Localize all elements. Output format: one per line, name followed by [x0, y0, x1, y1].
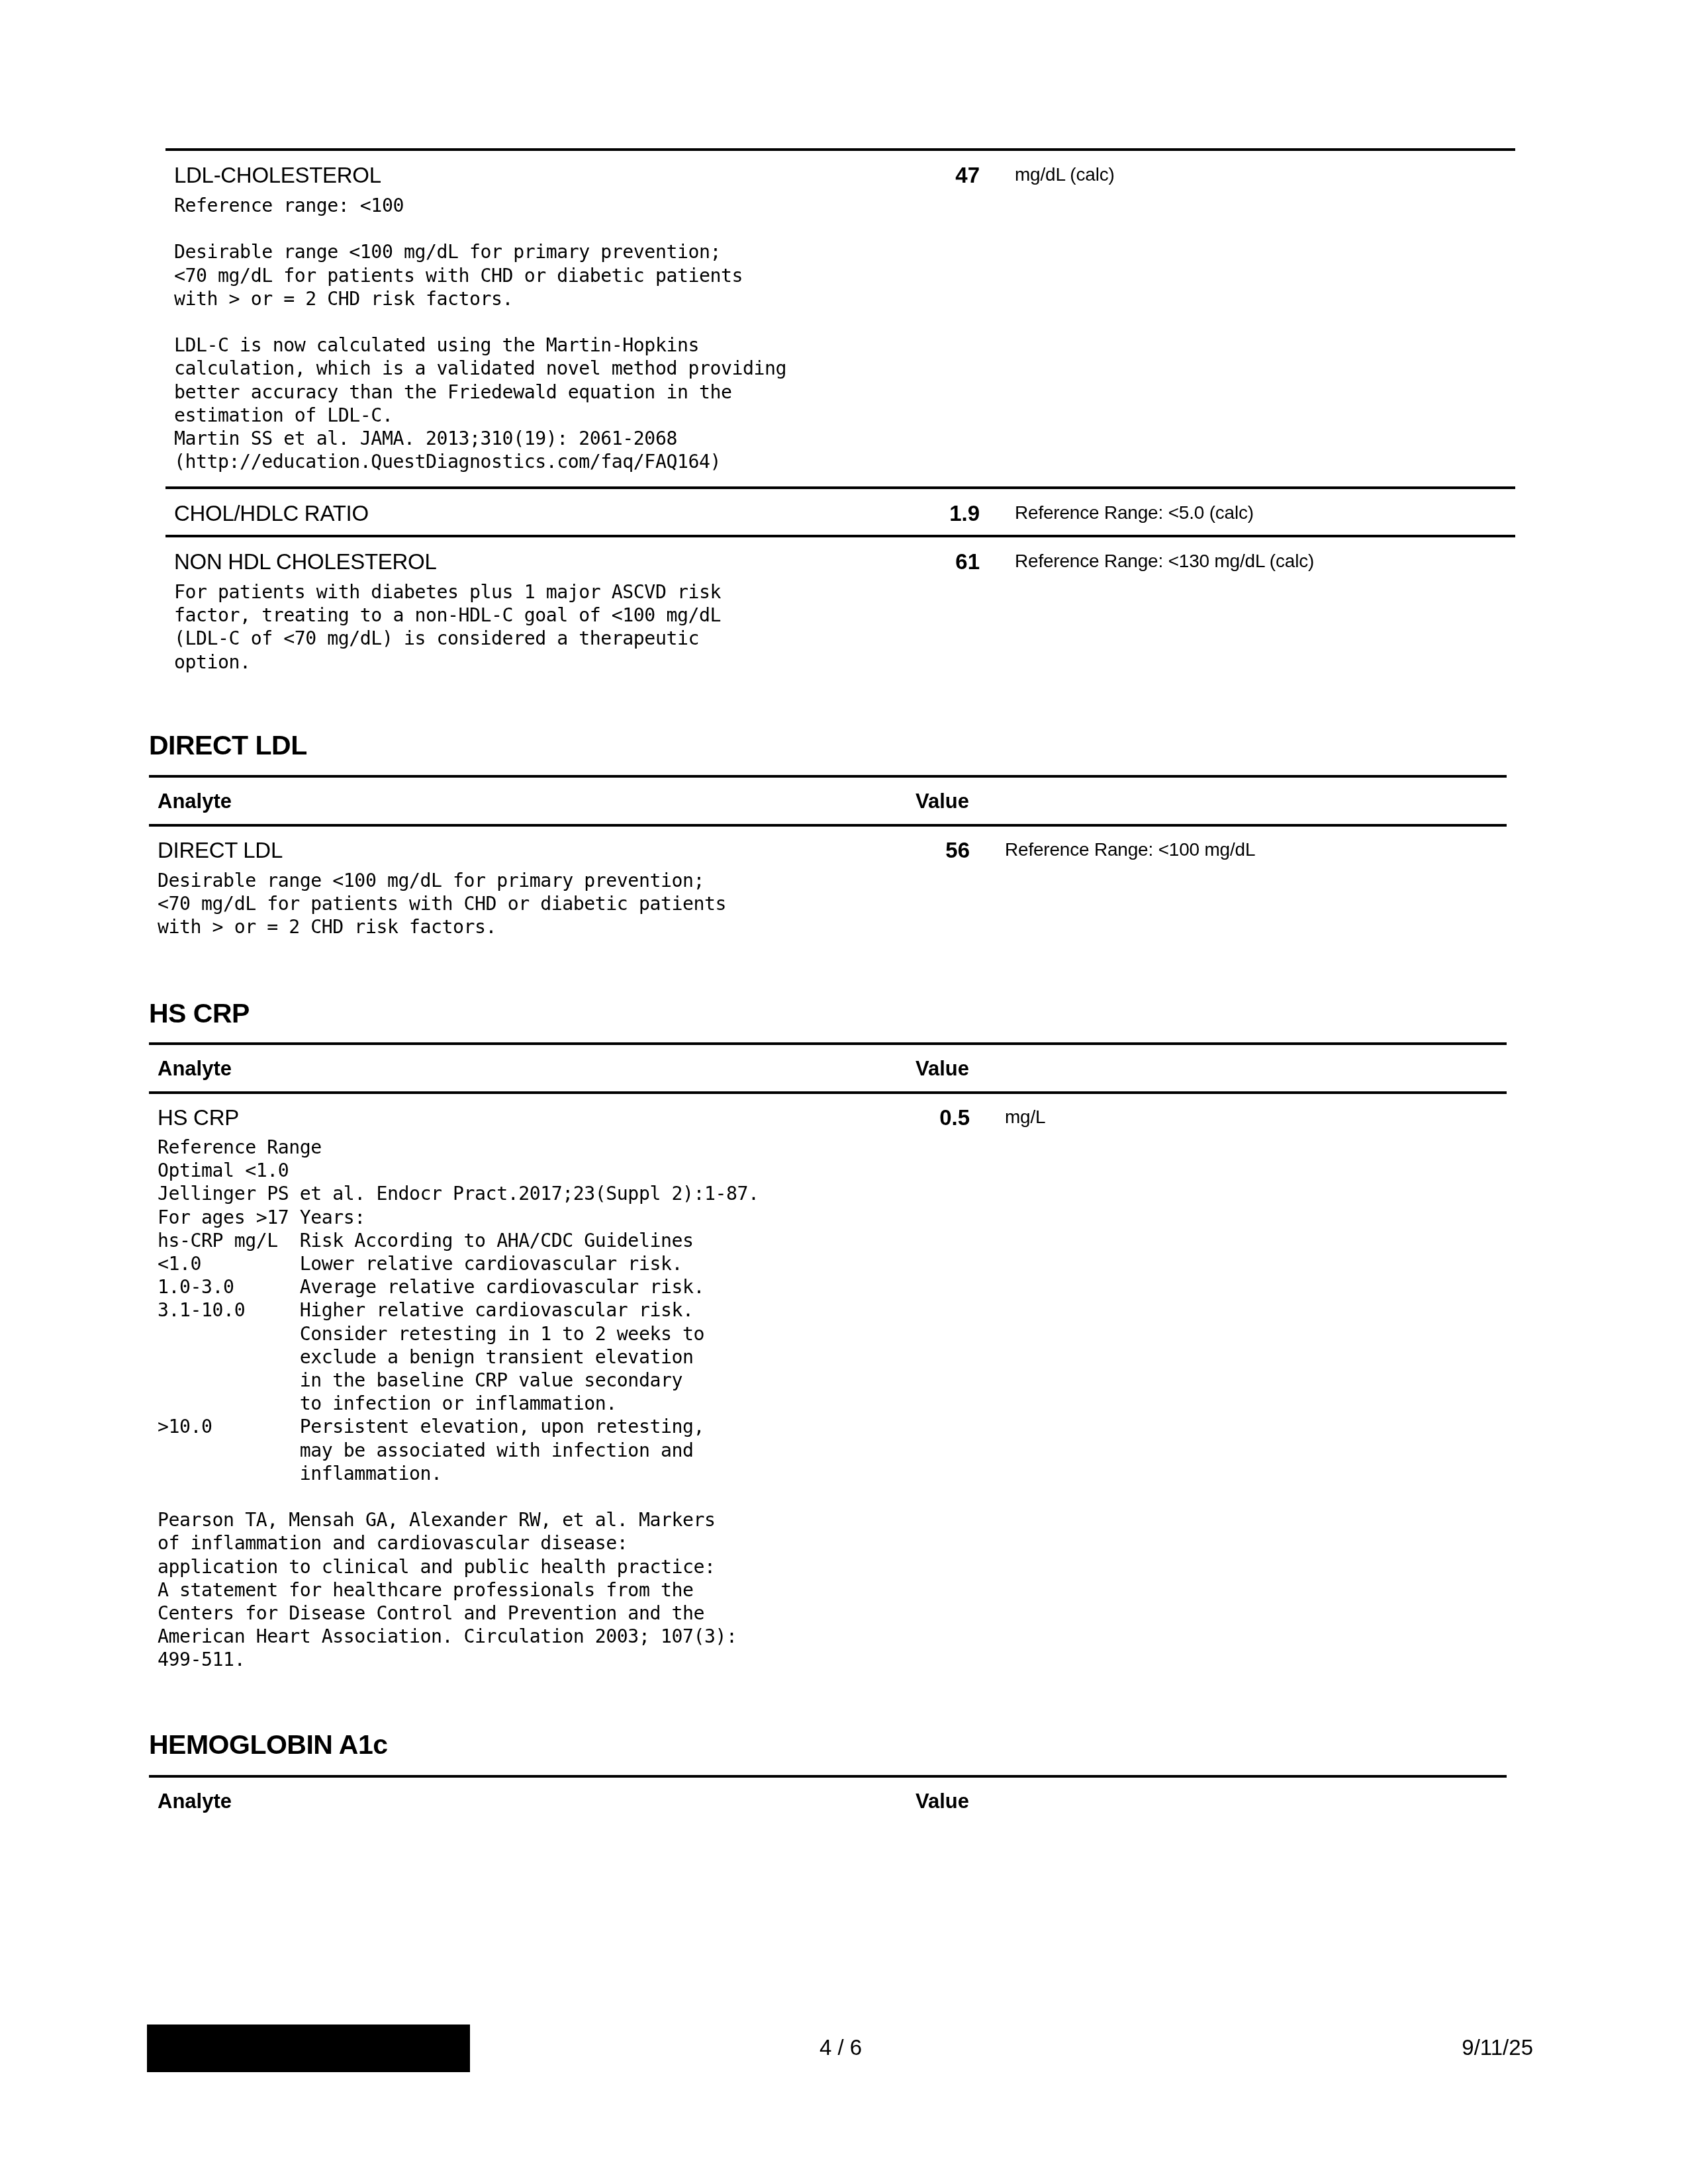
table-row: CHOL/HDLC RATIO 1.9 Reference Range: <5.…: [165, 489, 1515, 535]
table-header: Analyte Value: [149, 1045, 1507, 1091]
table-row: LDL-CHOLESTEROL 47 mg/dL (calc) Referenc…: [165, 151, 1515, 486]
analyte-name: CHOL/HDLC RATIO: [174, 501, 369, 526]
hemoglobin-a1c-table: Analyte Value: [149, 1775, 1507, 1824]
table-header: Analyte Value: [149, 1778, 1507, 1824]
page-number: 4 / 6: [820, 2035, 862, 2060]
analyte-name: HS CRP: [158, 1105, 239, 1130]
analyte-note: For patients with diabetes plus 1 major …: [174, 580, 721, 674]
table-row: HS CRP 0.5 mg/L Reference Range Optimal …: [149, 1094, 1507, 1676]
result-range: Reference Range: <100 mg/dL: [1005, 839, 1255, 860]
result-range: Reference Range: <5.0 (calc): [1015, 502, 1254, 523]
section-title-hemoglobin-a1c: HEMOGLOBIN A1c: [149, 1729, 388, 1760]
column-header-value: Value: [915, 1057, 969, 1081]
lipid-panel-table: LDL-CHOLESTEROL 47 mg/dL (calc) Referenc…: [165, 148, 1515, 690]
column-header-analyte: Analyte: [158, 1057, 232, 1081]
column-header-value: Value: [915, 790, 969, 813]
result-value: 1.9: [900, 501, 980, 526]
analyte-note: Desirable range <100 mg/dL for primary p…: [158, 869, 726, 939]
section-title-direct-ldl: DIRECT LDL: [149, 730, 307, 761]
redacted-block: [147, 2025, 470, 2072]
result-value: 61: [900, 549, 980, 574]
direct-ldl-table: Analyte Value DIRECT LDL 56 Reference Ra…: [149, 775, 1507, 946]
table-row: NON HDL CHOLESTEROL 61 Reference Range: …: [165, 537, 1515, 690]
result-value: 56: [890, 838, 970, 863]
result-range: Reference Range: <130 mg/dL (calc): [1015, 551, 1314, 572]
result-value: 0.5: [890, 1105, 970, 1130]
analyte-note: Reference range: <100 Desirable range <1…: [174, 194, 786, 473]
analyte-note: Reference Range Optimal <1.0 Jellinger P…: [158, 1136, 759, 1672]
table-header: Analyte Value: [149, 778, 1507, 824]
result-unit: mg/L: [1005, 1107, 1045, 1128]
table-row: DIRECT LDL 56 Reference Range: <100 mg/d…: [149, 827, 1507, 946]
column-header-analyte: Analyte: [158, 790, 232, 813]
column-header-analyte: Analyte: [158, 1790, 232, 1813]
hs-crp-table: Analyte Value HS CRP 0.5 mg/L Reference …: [149, 1042, 1507, 1676]
lab-report-page: LDL-CHOLESTEROL 47 mg/dL (calc) Referenc…: [0, 0, 1688, 2184]
result-value: 47: [900, 163, 980, 188]
analyte-name: LDL-CHOLESTEROL: [174, 163, 381, 188]
column-header-value: Value: [915, 1790, 969, 1813]
section-title-hs-crp: HS CRP: [149, 998, 250, 1029]
analyte-name: DIRECT LDL: [158, 838, 283, 863]
report-date: 9/11/25: [1462, 2035, 1533, 2060]
result-unit: mg/dL (calc): [1015, 164, 1115, 185]
analyte-name: NON HDL CHOLESTEROL: [174, 549, 437, 574]
